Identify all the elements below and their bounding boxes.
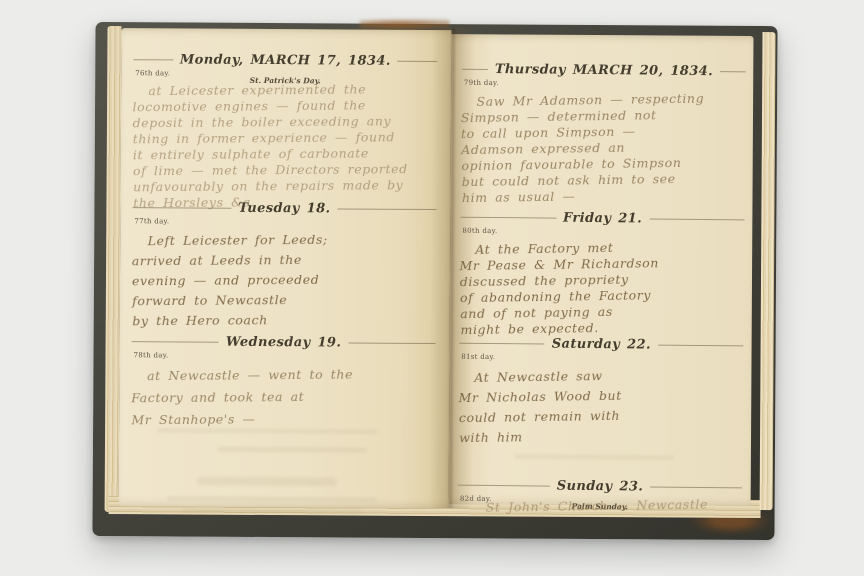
entry-date-heading: Monday, MARCH 17, 1834. <box>180 52 391 68</box>
handwritten-entry-text: At the Factory met Mr Pease & Mr Richard… <box>459 238 744 338</box>
header-rule-left <box>459 343 544 345</box>
entry-subheader-row: 77th day. <box>132 215 436 228</box>
day-count-label: 81st day. <box>461 353 495 361</box>
handwritten-entry-text: Left Leicester for Leeds; arrived at Lee… <box>132 229 437 331</box>
entry-friday-21: Friday 21. 80th day. At the Factory met … <box>459 210 744 338</box>
day-count-label: 77th day. <box>134 217 169 225</box>
header-rule-right <box>398 61 438 62</box>
right-page-content: Thursday MARCH 20, 1834. 79th day. Saw M… <box>454 34 750 507</box>
header-rule-left <box>133 59 173 60</box>
handwritten-entry-text: Saw Mr Adamson — respecting Simpson — de… <box>460 90 746 206</box>
entry-tuesday-18: Tuesday 18. 77th day. Left Leicester for… <box>132 200 437 331</box>
header-rule-right <box>649 219 745 221</box>
entry-subheader-row: 80th day. <box>460 225 744 239</box>
handwritten-entry-text: at Leicester experimented the locomotive… <box>132 81 437 211</box>
day-count-label: 78th day. <box>134 351 169 359</box>
entry-subheader-row: 76th day. St. Patrick's Day. <box>133 67 437 80</box>
diary-book: Monday, MARCH 17, 1834. 76th day. St. Pa… <box>56 14 801 545</box>
header-rule-right <box>720 71 746 72</box>
header-rule-right <box>658 345 743 347</box>
entry-date-heading: Wednesday 19. <box>226 335 341 351</box>
entry-wednesday-19: Wednesday 19. 78th day. at Newcastle — w… <box>131 334 436 431</box>
entry-date-heading: Sunday 23. <box>557 479 644 495</box>
entry-subheader-row: 79th day. <box>462 77 746 91</box>
header-rule-right <box>348 343 435 345</box>
handwritten-entry-text: St John's Church — Newcastle <box>458 496 742 516</box>
header-rule-right <box>338 208 437 210</box>
header-rule-left <box>458 485 550 487</box>
bleed-through-mark <box>197 477 337 487</box>
header-rule-left <box>461 217 557 219</box>
bleed-through-mark <box>167 496 377 501</box>
entry-subheader-row: 78th day. <box>131 349 435 362</box>
day-count-label: 76th day. <box>135 69 170 77</box>
entry-saturday-22: Saturday 22. 81st day. At Newcastle saw … <box>458 336 743 448</box>
header-rule-left <box>132 341 219 343</box>
entry-subheader-row: 81st day. <box>459 351 743 365</box>
entry-thursday-march-20: Thursday MARCH 20, 1834. 79th day. Saw M… <box>461 62 746 206</box>
header-rule-right <box>650 487 742 489</box>
entry-sunday-23: Sunday 23. 82d day. Palm Sunday. St John… <box>458 478 742 516</box>
photo-of-open-diary: Monday, MARCH 17, 1834. 76th day. St. Pa… <box>0 0 864 576</box>
bleed-through-mark <box>514 454 674 460</box>
entry-date-heading: Saturday 22. <box>552 337 651 353</box>
entry-monday-march-17: Monday, MARCH 17, 1834. 76th day. St. Pa… <box>132 52 437 211</box>
handwritten-entry-text: At Newcastle saw Mr Nicholas Wood but co… <box>458 364 743 448</box>
entry-date-heading: Tuesday 18. <box>238 201 330 217</box>
header-rule-left <box>462 69 488 70</box>
left-page-content: Monday, MARCH 17, 1834. 76th day. St. Pa… <box>127 28 442 508</box>
day-count-label: 79th day. <box>464 79 499 87</box>
bleed-through-mark <box>157 428 377 433</box>
header-rule-left <box>132 207 231 209</box>
handwritten-entry-text: at Newcastle — went to the Factory and t… <box>131 363 436 431</box>
entry-date-heading: Friday 21. <box>563 211 642 227</box>
day-count-label: 80th day. <box>462 227 497 235</box>
bleed-through-mark <box>217 447 367 453</box>
